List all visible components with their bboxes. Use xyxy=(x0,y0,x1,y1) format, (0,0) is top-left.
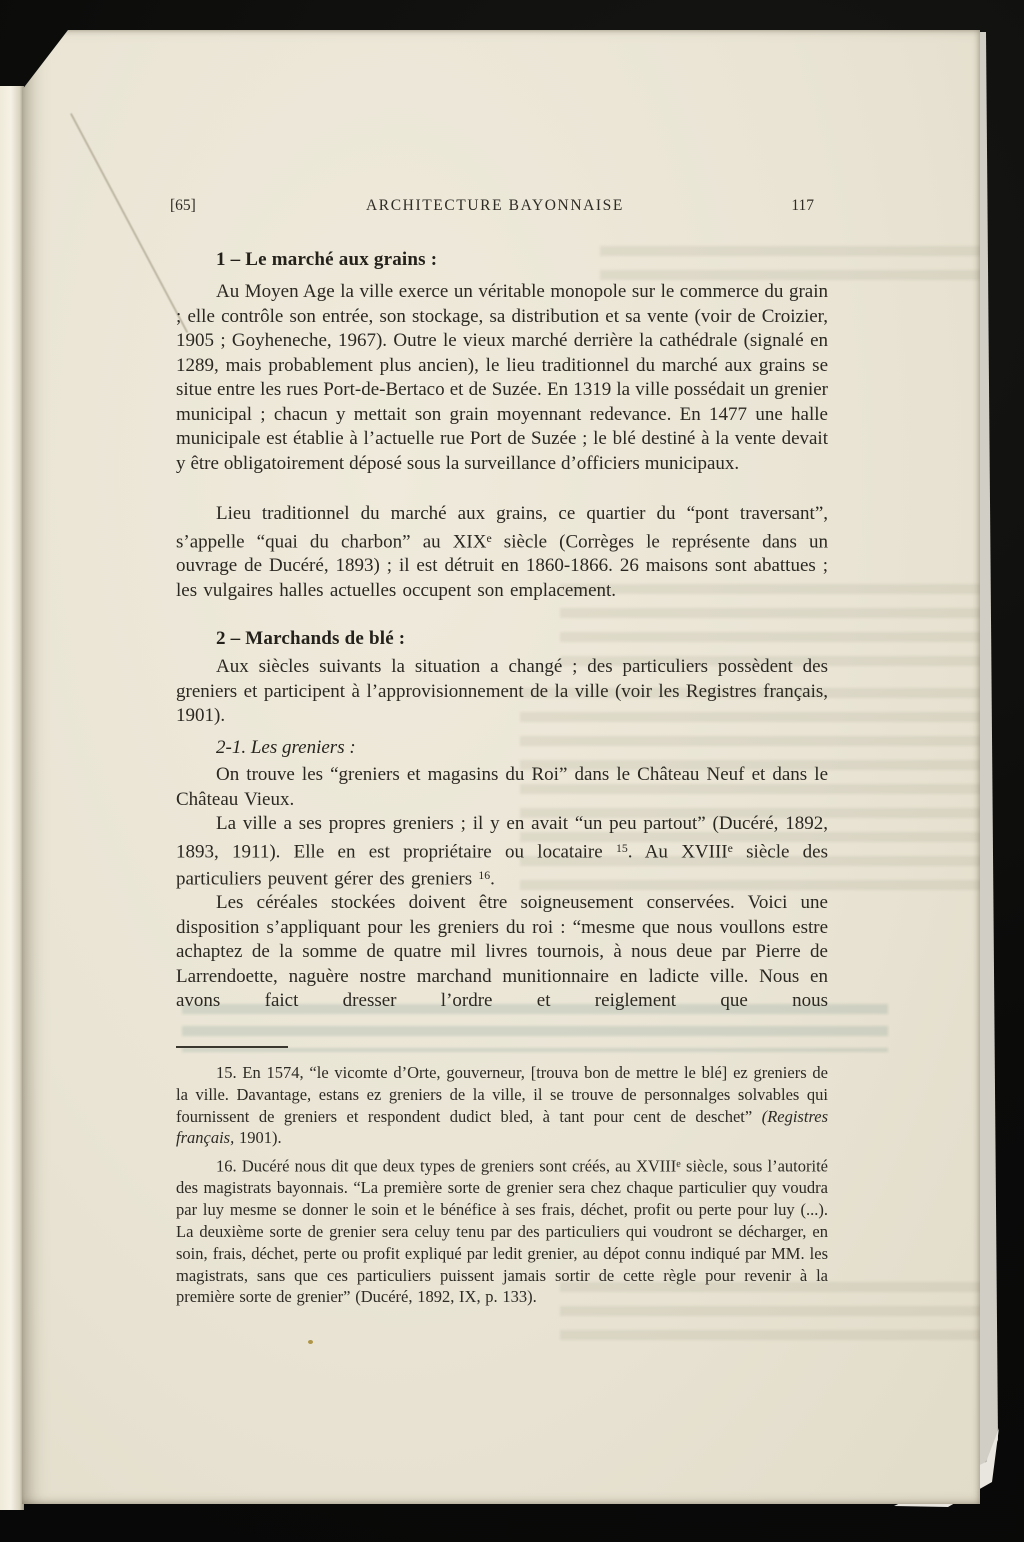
footnote-text: 1901). xyxy=(234,1128,281,1147)
footnote-15: 15. En 1574, “le vicomte d’Orte, gouvern… xyxy=(176,1062,828,1149)
text-column: [65] ARCHITECTURE BAYONNAISE 117 1 – Le … xyxy=(176,30,828,1504)
page-crease-line xyxy=(70,113,188,333)
footnote-16: 16. Ducéré nous dit que deux types de gr… xyxy=(176,1154,828,1308)
paragraph: Aux siècles suivants la situation a chan… xyxy=(176,655,828,729)
paragraph: Lieu traditionnel du marché aux grains, … xyxy=(176,502,828,603)
paragraph: On trouve les “greniers et magasins du R… xyxy=(176,763,828,812)
page-number: 117 xyxy=(791,197,814,215)
footnote-divider xyxy=(176,1046,288,1048)
running-header: [65] ARCHITECTURE BAYONNAISE 117 xyxy=(176,197,814,217)
footnote-text: 15. En 1574, “le vicomte d’Orte, gouvern… xyxy=(176,1063,828,1126)
book-page: [65] ARCHITECTURE BAYONNAISE 117 1 – Le … xyxy=(22,30,980,1504)
footnote-marker-16: 16 xyxy=(478,869,490,882)
section-2-heading: 2 – Marchands de blé : xyxy=(176,628,828,650)
paragraph-text: . Au XVIII xyxy=(628,841,728,862)
section-1-heading: 1 – Le marché aux grains : xyxy=(176,249,828,271)
book-scan-photo: [65] ARCHITECTURE BAYONNAISE 117 1 – Le … xyxy=(0,0,1024,1542)
paragraph-text: . xyxy=(490,869,495,890)
footnote-text: 16. Ducéré nous dit que deux types de gr… xyxy=(216,1157,676,1176)
running-title: ARCHITECTURE BAYONNAISE xyxy=(176,197,814,215)
footnote-marker-15: 15 xyxy=(616,842,628,855)
paragraph: Au Moyen Age la ville exerce un véritabl… xyxy=(176,280,828,476)
paragraph: La ville a ses propres greniers ; il y e… xyxy=(176,812,828,892)
footnote-text: siècle, sous l’autorité des magistrats b… xyxy=(176,1157,828,1307)
subsection-heading: 2-1. Les greniers : xyxy=(176,737,828,759)
page-edge-left xyxy=(0,86,24,1510)
paragraph: Les céréales stockées doivent être soign… xyxy=(176,891,828,1014)
